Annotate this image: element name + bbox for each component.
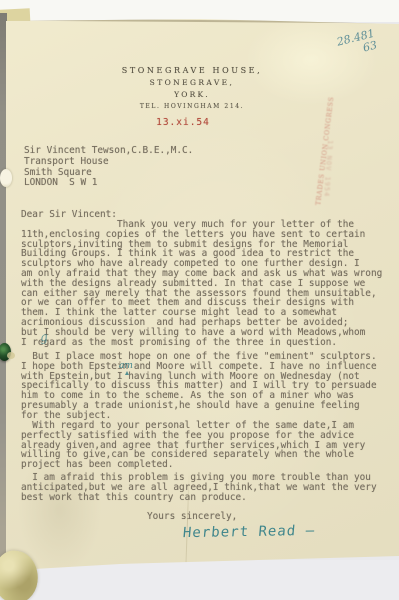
backing-sheet-top bbox=[0, 0, 399, 22]
green-tag-fastener bbox=[0, 343, 11, 361]
archive-ref-suffix: 63 bbox=[362, 39, 379, 54]
archive-reference-handwritten: 28.481 63 bbox=[336, 28, 379, 61]
signature-herbert-read: Herbert Read — bbox=[182, 523, 316, 541]
insertion-caret-icon bbox=[125, 371, 129, 375]
backing-edge-left bbox=[0, 13, 7, 573]
letter-date: 13.xi.54 bbox=[0, 117, 366, 128]
closing-valediction: Yours sincerely, bbox=[147, 511, 237, 522]
punch-hole bbox=[0, 169, 12, 187]
letter-paragraph-1: Thank you very much for your letter of t… bbox=[21, 220, 382, 347]
letter-paragraph-3: With regard to your personal letter of t… bbox=[21, 421, 365, 470]
letter-paper: STONEGRAVE HOUSE, STONEGRAVE, YORK. TEL.… bbox=[0, 0, 399, 600]
letterhead-village: STONEGRAVE, bbox=[0, 78, 384, 87]
letterhead-house: STONEGRAVE HOUSE, bbox=[0, 66, 384, 75]
letter-paragraph-2: But I place most hope on one of the five… bbox=[21, 352, 377, 421]
handwritten-correction-mark: g bbox=[39, 330, 49, 345]
recipient-address: Sir Vincent Tewson,C.B.E.,M.C. Transport… bbox=[24, 146, 193, 189]
letter-paragraph-4: I am afraid this problem is giving you m… bbox=[21, 473, 377, 502]
handwritten-insertion-am: am bbox=[119, 361, 133, 371]
